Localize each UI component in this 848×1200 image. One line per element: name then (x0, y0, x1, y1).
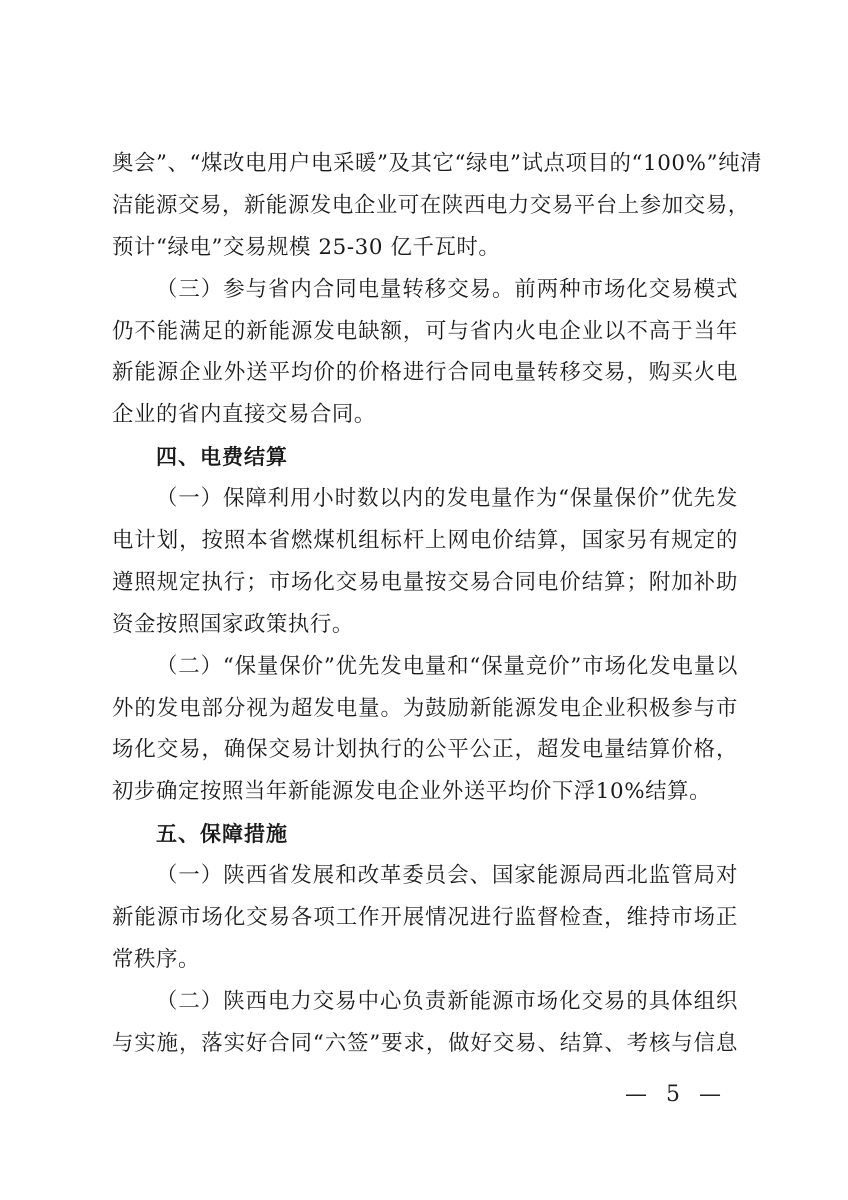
paragraph-start-line: （二）“保量保价”优先发电量和“保量竞价”市场化发电量以 (112, 646, 738, 688)
text-line: 常秩序。 (112, 939, 738, 981)
text-line: 外的发电部分视为超发电量。为鼓励新能源发电企业积极参与市 (112, 688, 738, 730)
text-line: 场化交易，确保交易计划执行的公平公正，超发电量结算价格， (112, 729, 738, 771)
page-number: — 5 — (625, 1082, 727, 1107)
text-line: 与实施，落实好合同“六签”要求，做好交易、结算、考核与信息 (112, 1023, 738, 1065)
text-line: 遵照规定执行；市场化交易电量按交易合同电价结算；附加补助 (112, 562, 738, 604)
paragraph-start-line: （三）参与省内合同电量转移交易。前两种市场化交易模式 (112, 269, 738, 311)
paragraph-start-line: （一）保障利用小时数以内的发电量作为“保量保价”优先发 (112, 478, 738, 520)
document-page: 奥会”、“煤改电用户电采暖”及其它“绿电”试点项目的“100%”纯清 洁能源交易… (0, 0, 848, 1200)
text-line: 资金按照国家政策执行。 (112, 604, 738, 646)
text-line: 初步确定按照当年新能源发电企业外送平均价下浮10%结算。 (112, 771, 738, 813)
text-line: 奥会”、“煤改电用户电采暖”及其它“绿电”试点项目的“100%”纯清 (112, 143, 738, 185)
document-body: 奥会”、“煤改电用户电采暖”及其它“绿电”试点项目的“100%”纯清 洁能源交易… (112, 143, 738, 1065)
text-line: 洁能源交易，新能源发电企业可在陕西电力交易平台上参加交易， (112, 185, 738, 227)
text-line: 仍不能满足的新能源发电缺额，可与省内火电企业以不高于当年 (112, 311, 738, 353)
text-line: 预计“绿电”交易规模 25-30 亿千瓦时。 (112, 227, 738, 269)
text-line: 电计划，按照本省燃煤机组标杆上网电价结算，国家另有规定的 (112, 520, 738, 562)
text-line: 企业的省内直接交易合同。 (112, 394, 738, 436)
section-heading-4: 四、电费结算 (112, 436, 738, 478)
section-heading-5: 五、保障措施 (112, 813, 738, 855)
text-line: 新能源市场化交易各项工作开展情况进行监督检查，维持市场正 (112, 897, 738, 939)
paragraph-start-line: （二）陕西电力交易中心负责新能源市场化交易的具体组织 (112, 981, 738, 1023)
paragraph-start-line: （一）陕西省发展和改革委员会、国家能源局西北监管局对 (112, 855, 738, 897)
text-line: 新能源企业外送平均价的价格进行合同电量转移交易，购买火电 (112, 352, 738, 394)
